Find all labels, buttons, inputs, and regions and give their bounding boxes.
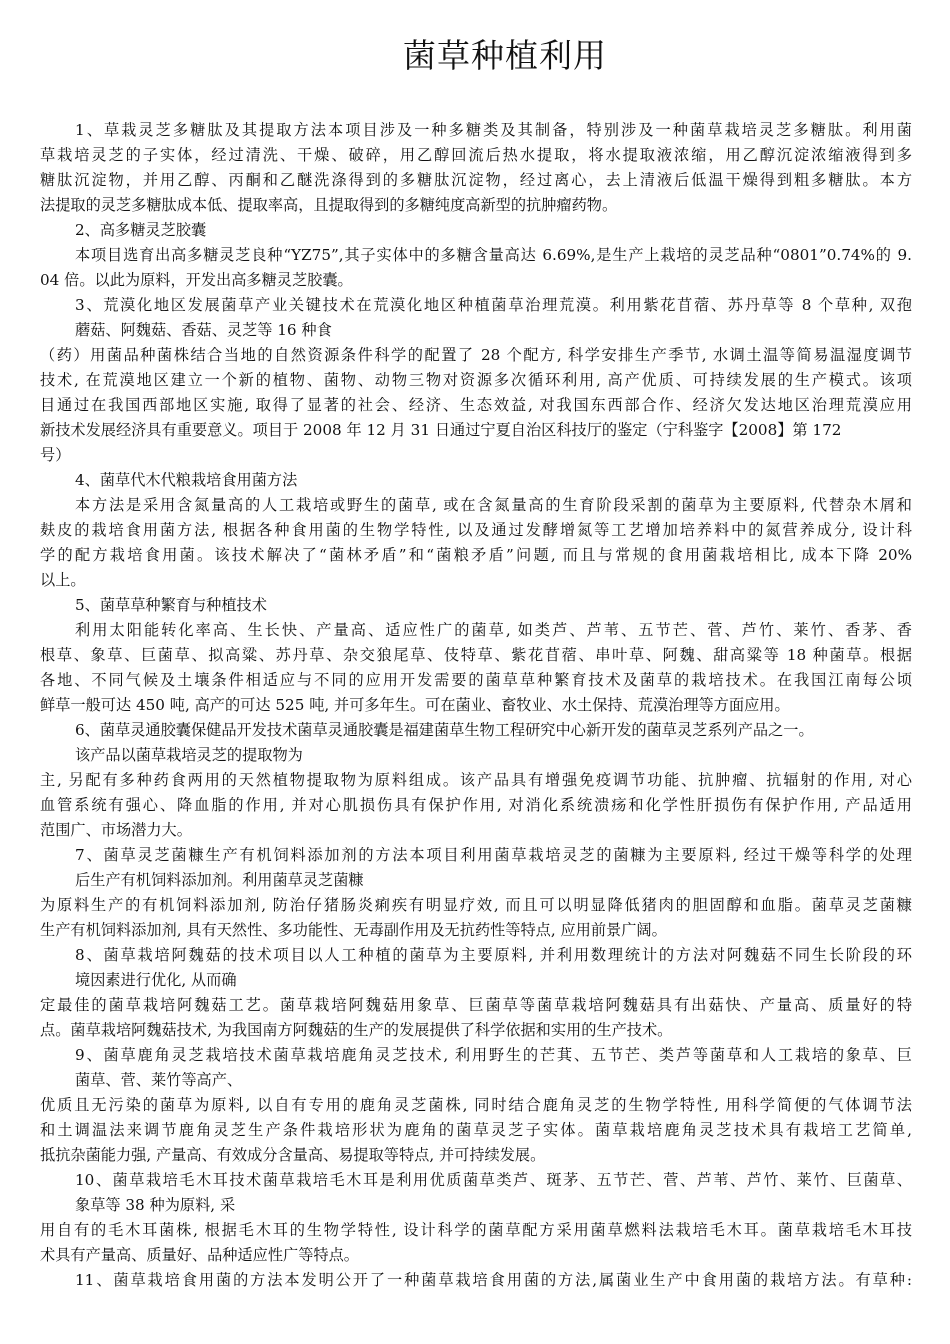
text-line: 术具有产量高、质量好、品种适应性广等特点。 — [40, 1243, 912, 1268]
text-line: 根草、象草、巨菌草、拟高粱、苏丹草、杂交狼尾草、伎特草、紫花苜蓿、串叶草、阿魏、… — [40, 643, 912, 668]
text-line: 麸皮的栽培食用菌方法, 根据各种食用菌的生物学特性, 以及通过发酵增氮等工艺增加… — [40, 518, 912, 543]
text-line: 9、菌草鹿角灵芝栽培技术菌草栽培鹿角灵芝技术, 利用野生的芒萁、五节芒、类芦等菌… — [40, 1043, 912, 1068]
text-line: 04 倍。以此为原料，开发出高多糖灵芝胶囊。 — [40, 268, 912, 293]
text-line: 点。菌草栽培阿魏菇技术, 为我国南方阿魏菇的生产的发展提供了科学依据和实用的生产… — [40, 1018, 912, 1043]
text-line: 血管系统有强心、降血脂的作用, 并对心肌损伤具有保护作用, 对消化系统溃疡和化学… — [40, 793, 912, 818]
text-line: 优质且无污染的菌草为原料, 以自有专用的鹿角灵芝菌株, 同时结合鹿角灵芝的生物学… — [40, 1093, 912, 1118]
document-page: 菌草种植利用 1、草栽灵芝多糖肽及其提取方法本项目涉及一种多糖类及其制备，特别涉… — [0, 0, 950, 1344]
text-line: 3、荒漠化地区发展菌草产业关键技术在荒漠化地区种植菌草治理荒漠。利用紫花苜蓿、苏… — [40, 293, 912, 318]
text-line: 抵抗杂菌能力强, 产量高、有效成分含量高、易提取等特点, 并可持续发展。 — [40, 1143, 912, 1168]
text-line: 鲜草一般可达 450 吨, 高产的可达 525 吨, 并可多年生。可在菌业、畜牧… — [40, 693, 912, 718]
text-line: 为原料生产的有机饲料添加剂, 防治仔猪肠炎痢疾有明显疗效, 而且可以明显降低猪肉… — [40, 893, 912, 918]
text-line: 范围广、市场潜力大。 — [40, 818, 912, 843]
text-line: 各地、不同气候及土壤条件相适应与不同的应用开发需要的菌草草种繁育技术及菌草的栽培… — [40, 668, 912, 693]
text-line: 4、菌草代木代粮栽培食用菌方法 — [40, 468, 912, 493]
text-line: 技术, 在荒漠地区建立一个新的植物、菌物、动物三物对资源多次循环利用, 高产优质… — [40, 368, 912, 393]
text-line: 境因素进行优化, 从而确 — [40, 968, 912, 993]
text-line: 定最佳的菌草栽培阿魏菇工艺。菌草栽培阿魏菇用象草、巨菌草等菌草栽培阿魏菇具有出菇… — [40, 993, 912, 1018]
text-line: 用自有的毛木耳菌株, 根据毛木耳的生物学特性, 设计科学的菌草配方采用菌草燃料法… — [40, 1218, 912, 1243]
text-line: 和土调温法来调节鹿角灵芝生产条件栽培形状为鹿角的菌草灵芝子实体。菌草栽培鹿角灵芝… — [40, 1118, 912, 1143]
text-line: 8、菌草栽培阿魏菇的技术项目以人工种植的菌草为主要原料, 并利用数理统计的方法对… — [40, 943, 912, 968]
text-line: 学的配方栽培食用菌。该技术解决了“菌林矛盾”和“菌粮矛盾”问题, 而且与常规的食… — [40, 543, 912, 568]
text-line: 本方法是采用含氮量高的人工栽培或野生的菌草, 或在含氮量高的生育阶段采割的菌草为… — [40, 493, 912, 518]
text-line: 利用太阳能转化率高、生长快、产量高、适应性广的菌草, 如类芦、芦苇、五节芒、菅、… — [40, 618, 912, 643]
document-title: 菌草种植利用 — [0, 30, 950, 77]
text-line: 目通过在我国西部地区实施, 取得了显著的社会、经济、生态效益, 对我国东西部合作… — [40, 393, 912, 418]
text-line: 菌草、菅、莱竹等高产、 — [40, 1068, 912, 1093]
text-line: 2、高多糖灵芝胶囊 — [40, 218, 912, 243]
text-line: 本项目选育出高多糖灵芝良种“YZ75”,其子实体中的多糖含量高达 6.69%,是… — [40, 243, 912, 268]
text-line: 草栽培灵芝的子实体，经过清洗、干燥、破碎，用乙醇回流后热水提取，将水提取液浓缩，… — [40, 143, 912, 168]
text-line: 11、菌草栽培食用菌的方法本发明公开了一种菌草栽培食用菌的方法,属菌业生产中食用… — [40, 1268, 912, 1293]
text-line: 10、菌草栽培毛木耳技术菌草栽培毛木耳是利用优质菌草类芦、斑茅、五节芒、菅、芦苇… — [40, 1168, 912, 1193]
text-line: 糖肽沉淀物，并用乙醇、丙酮和乙醚洗涤得到的多糖肽沉淀物，经过离心，去上清液后低温… — [40, 168, 912, 193]
text-line: 该产品以菌草栽培灵芝的提取物为 — [40, 743, 912, 768]
text-line: 号） — [40, 443, 912, 468]
text-line: 象草等 38 种为原料, 采 — [40, 1193, 912, 1218]
document-body: 1、草栽灵芝多糖肽及其提取方法本项目涉及一种多糖类及其制备，特别涉及一种菌草栽培… — [40, 118, 912, 1293]
text-line: 生产有机饲料添加剂, 具有天然性、多功能性、无毒副作用及无抗药性等特点, 应用前… — [40, 918, 912, 943]
text-line: 蘑菇、阿魏菇、香菇、灵芝等 16 种食 — [40, 318, 912, 343]
text-line: （药）用菌品种菌株结合当地的自然资源条件科学的配置了 28 个配方, 科学安排生… — [40, 343, 912, 368]
text-line: 主, 另配有多种药食两用的天然植物提取物为原料组成。该产品具有增强免疫调节功能、… — [40, 768, 912, 793]
text-line: 新技术发展经济具有重要意义。项目于 2008 年 12 月 31 日通过宁夏自治… — [40, 418, 912, 443]
text-line: 6、菌草灵通胶囊保健品开发技术菌草灵通胶囊是福建菌草生物工程研究中心新开发的菌草… — [40, 718, 912, 743]
text-line: 以上。 — [40, 568, 912, 593]
text-line: 1、草栽灵芝多糖肽及其提取方法本项目涉及一种多糖类及其制备，特别涉及一种菌草栽培… — [40, 118, 912, 143]
text-line: 后生产有机饲料添加剂。利用菌草灵芝菌糠 — [40, 868, 912, 893]
text-line: 法提取的灵芝多糖肽成本低、提取率高，且提取得到的多糖纯度高新型的抗肿瘤药物。 — [40, 193, 912, 218]
text-line: 7、菌草灵芝菌糠生产有机饲料添加剂的方法本项目利用菌草栽培灵芝的菌糠为主要原料,… — [40, 843, 912, 868]
text-line: 5、菌草草种繁育与种植技术 — [40, 593, 912, 618]
